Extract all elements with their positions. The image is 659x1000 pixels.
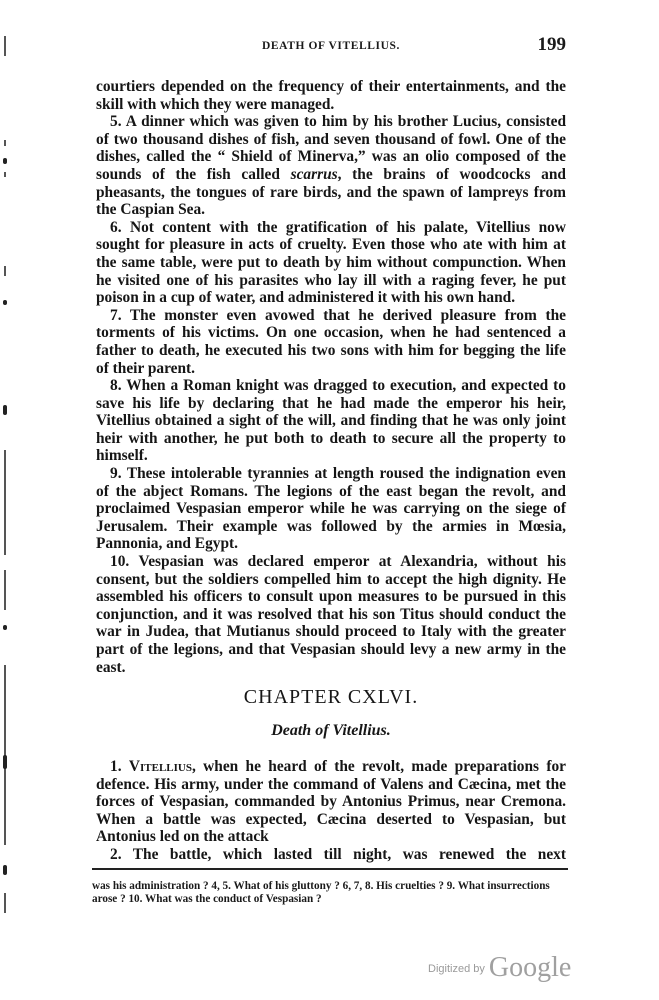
paragraph-continuation: courtiers depended on the frequency of t… (96, 78, 566, 113)
page-number: 199 (538, 34, 567, 56)
google-logo: Google (489, 952, 571, 983)
italic-term: scarrus (291, 166, 338, 183)
chapter-heading: CHAPTER CXLVI. (96, 686, 566, 709)
paragraph-9: 9. These intolerable tyrannies at length… (96, 465, 566, 553)
paragraph-number: 2. (110, 846, 122, 863)
running-title: DEATH OF VITELLIUS. (96, 40, 566, 52)
smallcaps-lead: Vitellius (129, 758, 192, 775)
paragraph-number: 1. (110, 758, 122, 775)
left-margin-scan-artifacts (4, 0, 8, 1000)
paragraph-7: 7. The monster even avowed that he deriv… (96, 307, 566, 377)
chapter-subtitle: Death of Vitellius. (96, 722, 566, 740)
body-text-before-chapter: courtiers depended on the frequency of t… (96, 78, 566, 676)
running-head: DEATH OF VITELLIUS. 199 (96, 34, 566, 58)
footnote-rule (92, 868, 568, 870)
paragraph-number: 8. (110, 377, 122, 394)
footnote-questions: was his administration ? 4, 5. What of h… (92, 880, 568, 906)
chapter-paragraph-2: 2. The battle, which lasted till night, … (96, 846, 566, 864)
paragraph-number: 7. (110, 307, 122, 324)
paragraph-number: 6. (110, 219, 122, 236)
chapter-paragraph-1: 1. Vitellius, when he heard of the revol… (96, 758, 566, 846)
digitized-by-google-watermark: Digitized by Google (428, 952, 571, 984)
paragraph-number: 9. (110, 465, 122, 482)
body-text-after-chapter: 1. Vitellius, when he heard of the revol… (96, 758, 566, 864)
paragraph-8: 8. When a Roman knight was dragged to ex… (96, 377, 566, 465)
watermark-prefix: Digitized by (428, 963, 485, 975)
paragraph-6: 6. Not content with the gratification of… (96, 219, 566, 307)
paragraph-number: 10. (110, 553, 129, 570)
paragraph-5: 5. A dinner which was given to him by hi… (96, 113, 566, 219)
paragraph-number: 5. (110, 113, 122, 130)
paragraph-10: 10. Vespasian was declared emperor at Al… (96, 553, 566, 676)
